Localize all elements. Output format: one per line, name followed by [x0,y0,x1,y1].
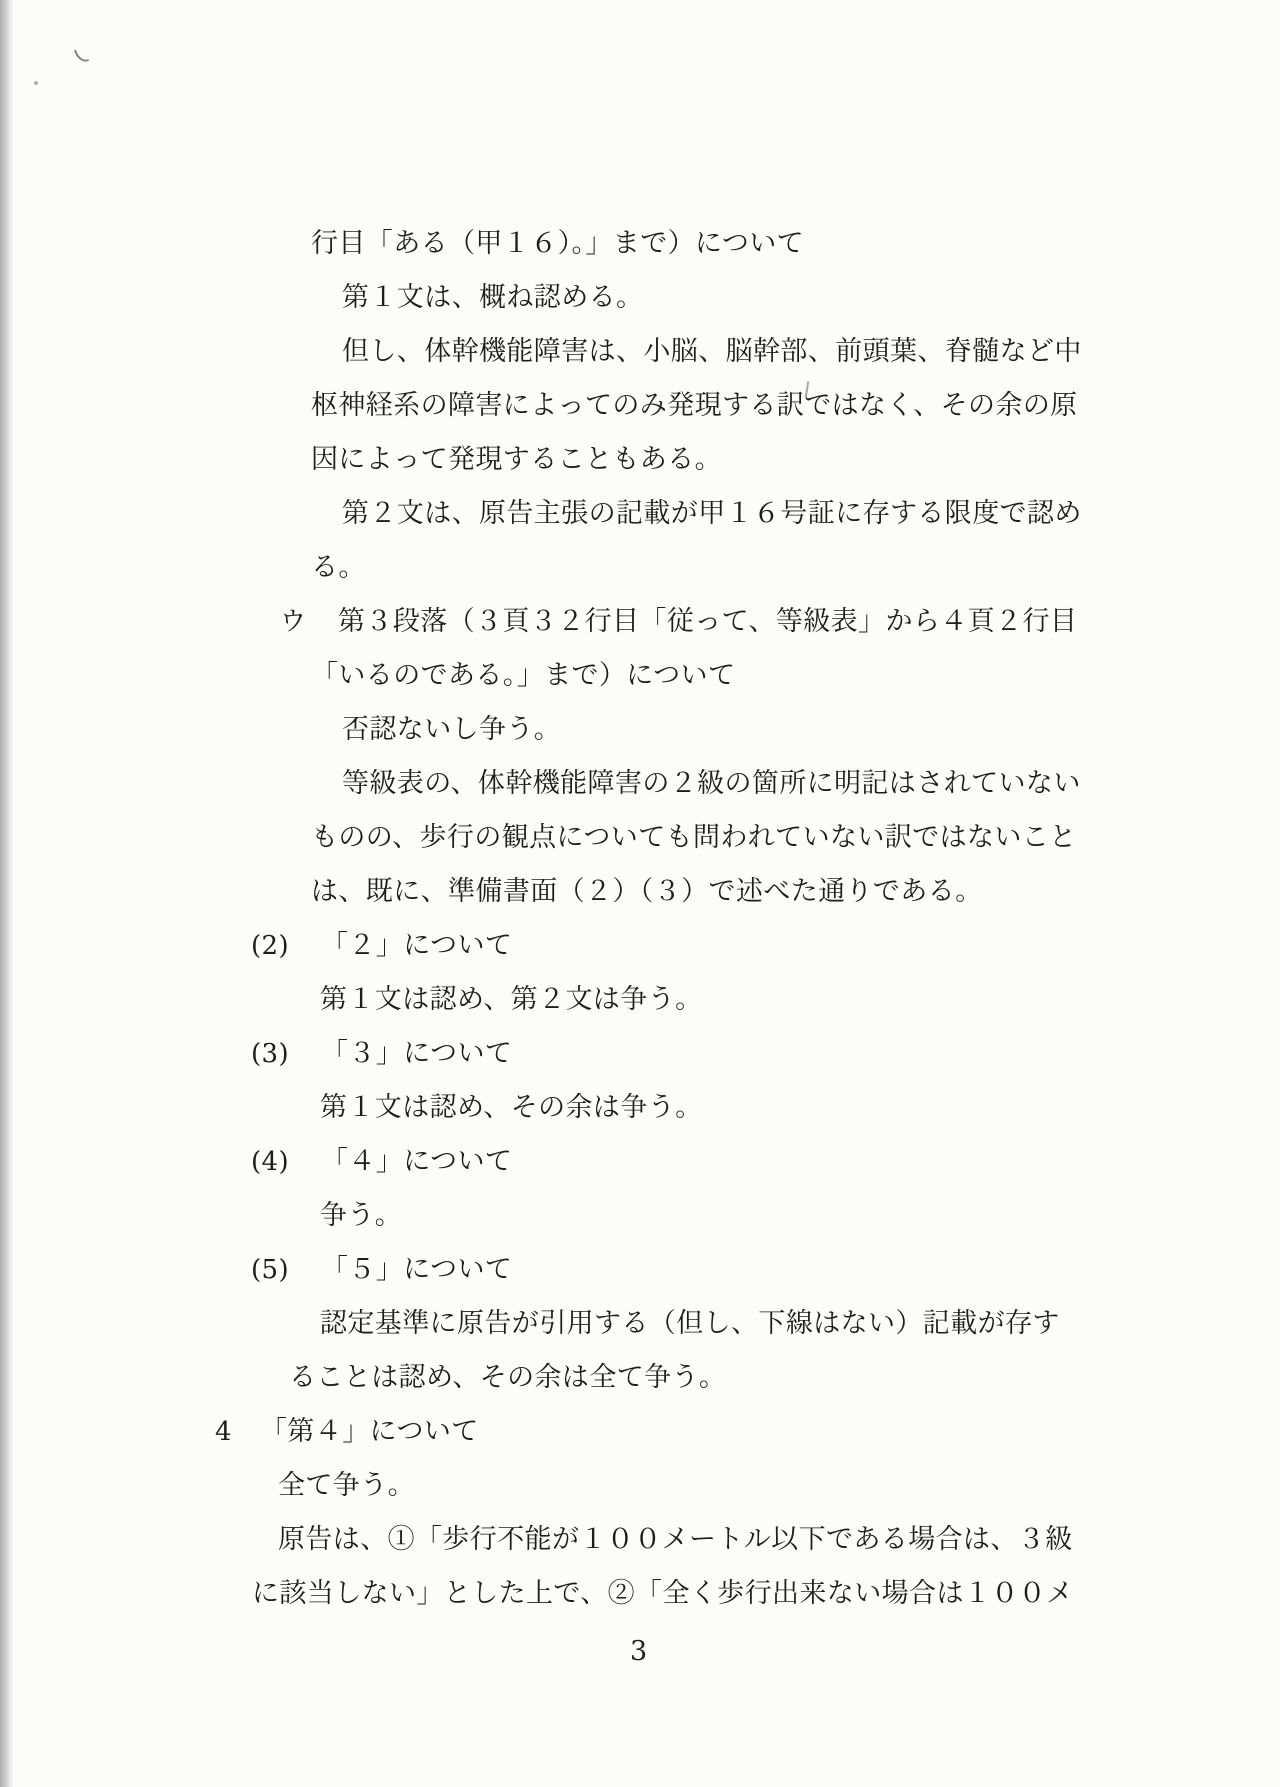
document-line: (4)「４」について [251,1145,512,1179]
scan-artifact-speck [34,81,38,85]
document-line: (2)「２」について [251,929,512,963]
clause-label: (3) [251,1037,321,1071]
document-line: ものの、歩行の観点についても問われていない訳ではないこと [311,821,1077,855]
document-line: ウ第３段落（３頁３２行目「従って、等級表」から４頁２行目 [280,605,1077,639]
line-text: 等級表の、体幹機能障害の２級の箇所に明記はされていない [342,768,1081,799]
line-text: 「４」について [321,1146,512,1177]
clause-label: (4) [251,1145,321,1179]
line-text: 因によって発現することもある。 [311,444,722,475]
line-text: 争う。 [320,1200,402,1231]
clause-label: (2) [251,929,321,963]
line-text: 第１文は、概ね認める。 [342,282,643,313]
clause-label: (5) [251,1253,321,1287]
line-text: 第２文は、原告主張の記載が甲１６号証に存する限度で認め [342,498,1082,529]
line-text: ものの、歩行の観点についても問われていない訳ではないこと [311,822,1077,853]
line-text: ることは認め、その余は全て争う。 [289,1362,726,1393]
document-line: (3)「３」について [251,1037,512,1071]
line-text: 「５」について [321,1254,512,1285]
line-text: 行目「ある（甲１６）。」まで）について [311,228,804,259]
page-number: 3 [630,1636,648,1667]
document-line: (5)「５」について [251,1253,512,1287]
document-line: 第１文は、概ね認める。 [342,281,643,315]
line-text: 枢神経系の障害によってのみ発現する訳ではなく、その余の原 [311,390,1078,421]
document-line: に該当しない」とした上で、②「全く歩行出来ない場合は１００メ [252,1577,1073,1611]
line-text: 第３段落（３頁３２行目「従って、等級表」から４頁２行目 [338,606,1077,637]
document-line: 第２文は、原告主張の記載が甲１６号証に存する限度で認め [342,497,1082,531]
line-text: 「２」について [321,930,512,961]
document-line: 但し、体幹機能障害は、小脳、脳幹部、前頭葉、脊髄など中 [342,335,1082,369]
document-line: 第１文は認め、その余は争う。 [320,1091,703,1125]
document-line: 行目「ある（甲１６）。」まで）について [311,227,804,261]
document-line: 「いるのである。」まで）について [311,659,735,693]
scan-artifact-speck [74,47,89,65]
document-line: ることは認め、その余は全て争う。 [289,1361,726,1395]
document-line: 否認ないし争う。 [342,713,561,747]
document-line: 全て争う。 [278,1469,415,1503]
document-line: 枢神経系の障害によってのみ発現する訳ではなく、その余の原 [311,389,1078,423]
line-text: 第１文は認め、その余は争う。 [320,1092,703,1123]
line-text: 「第４」について [260,1416,479,1447]
document-line: は、既に、準備書面（２）（３）で述べた通りである。 [311,875,983,909]
document-line: 争う。 [320,1199,402,1233]
line-text: 全て争う。 [278,1470,415,1501]
line-text: に該当しない」とした上で、②「全く歩行出来ない場合は１００メ [252,1578,1073,1609]
line-text: る。 [311,552,366,583]
line-text: 「いるのである。」まで）について [311,660,735,691]
line-text: 否認ないし争う。 [342,714,561,745]
clause-label: ウ [280,605,338,639]
document-line: 第１文は認め、第２文は争う。 [320,983,703,1017]
line-text: は、既に、準備書面（２）（３）で述べた通りである。 [311,876,983,907]
document-line: 4「第４」について [215,1415,479,1449]
scan-edge-shadow [0,0,14,1787]
document-line: る。 [311,551,366,585]
document-page: 行目「ある（甲１６）。」まで）について第１文は、概ね認める。但し、体幹機能障害は… [0,0,1280,1787]
clause-label: 4 [215,1415,260,1449]
line-text: 「３」について [321,1038,512,1069]
document-line: 等級表の、体幹機能障害の２級の箇所に明記はされていない [342,767,1081,801]
line-text: 原告は、①「歩行不能が１００メートル以下である場合は、３級 [278,1524,1073,1555]
line-text: 認定基準に原告が引用する（但し、下線はない）記載が存す [320,1308,1060,1339]
line-text: 第１文は認め、第２文は争う。 [320,984,703,1015]
line-text: 但し、体幹機能障害は、小脳、脳幹部、前頭葉、脊髄など中 [342,336,1082,367]
document-line: 原告は、①「歩行不能が１００メートル以下である場合は、３級 [278,1523,1073,1557]
document-line: 認定基準に原告が引用する（但し、下線はない）記載が存す [320,1307,1060,1341]
document-line: 因によって発現することもある。 [311,443,722,477]
